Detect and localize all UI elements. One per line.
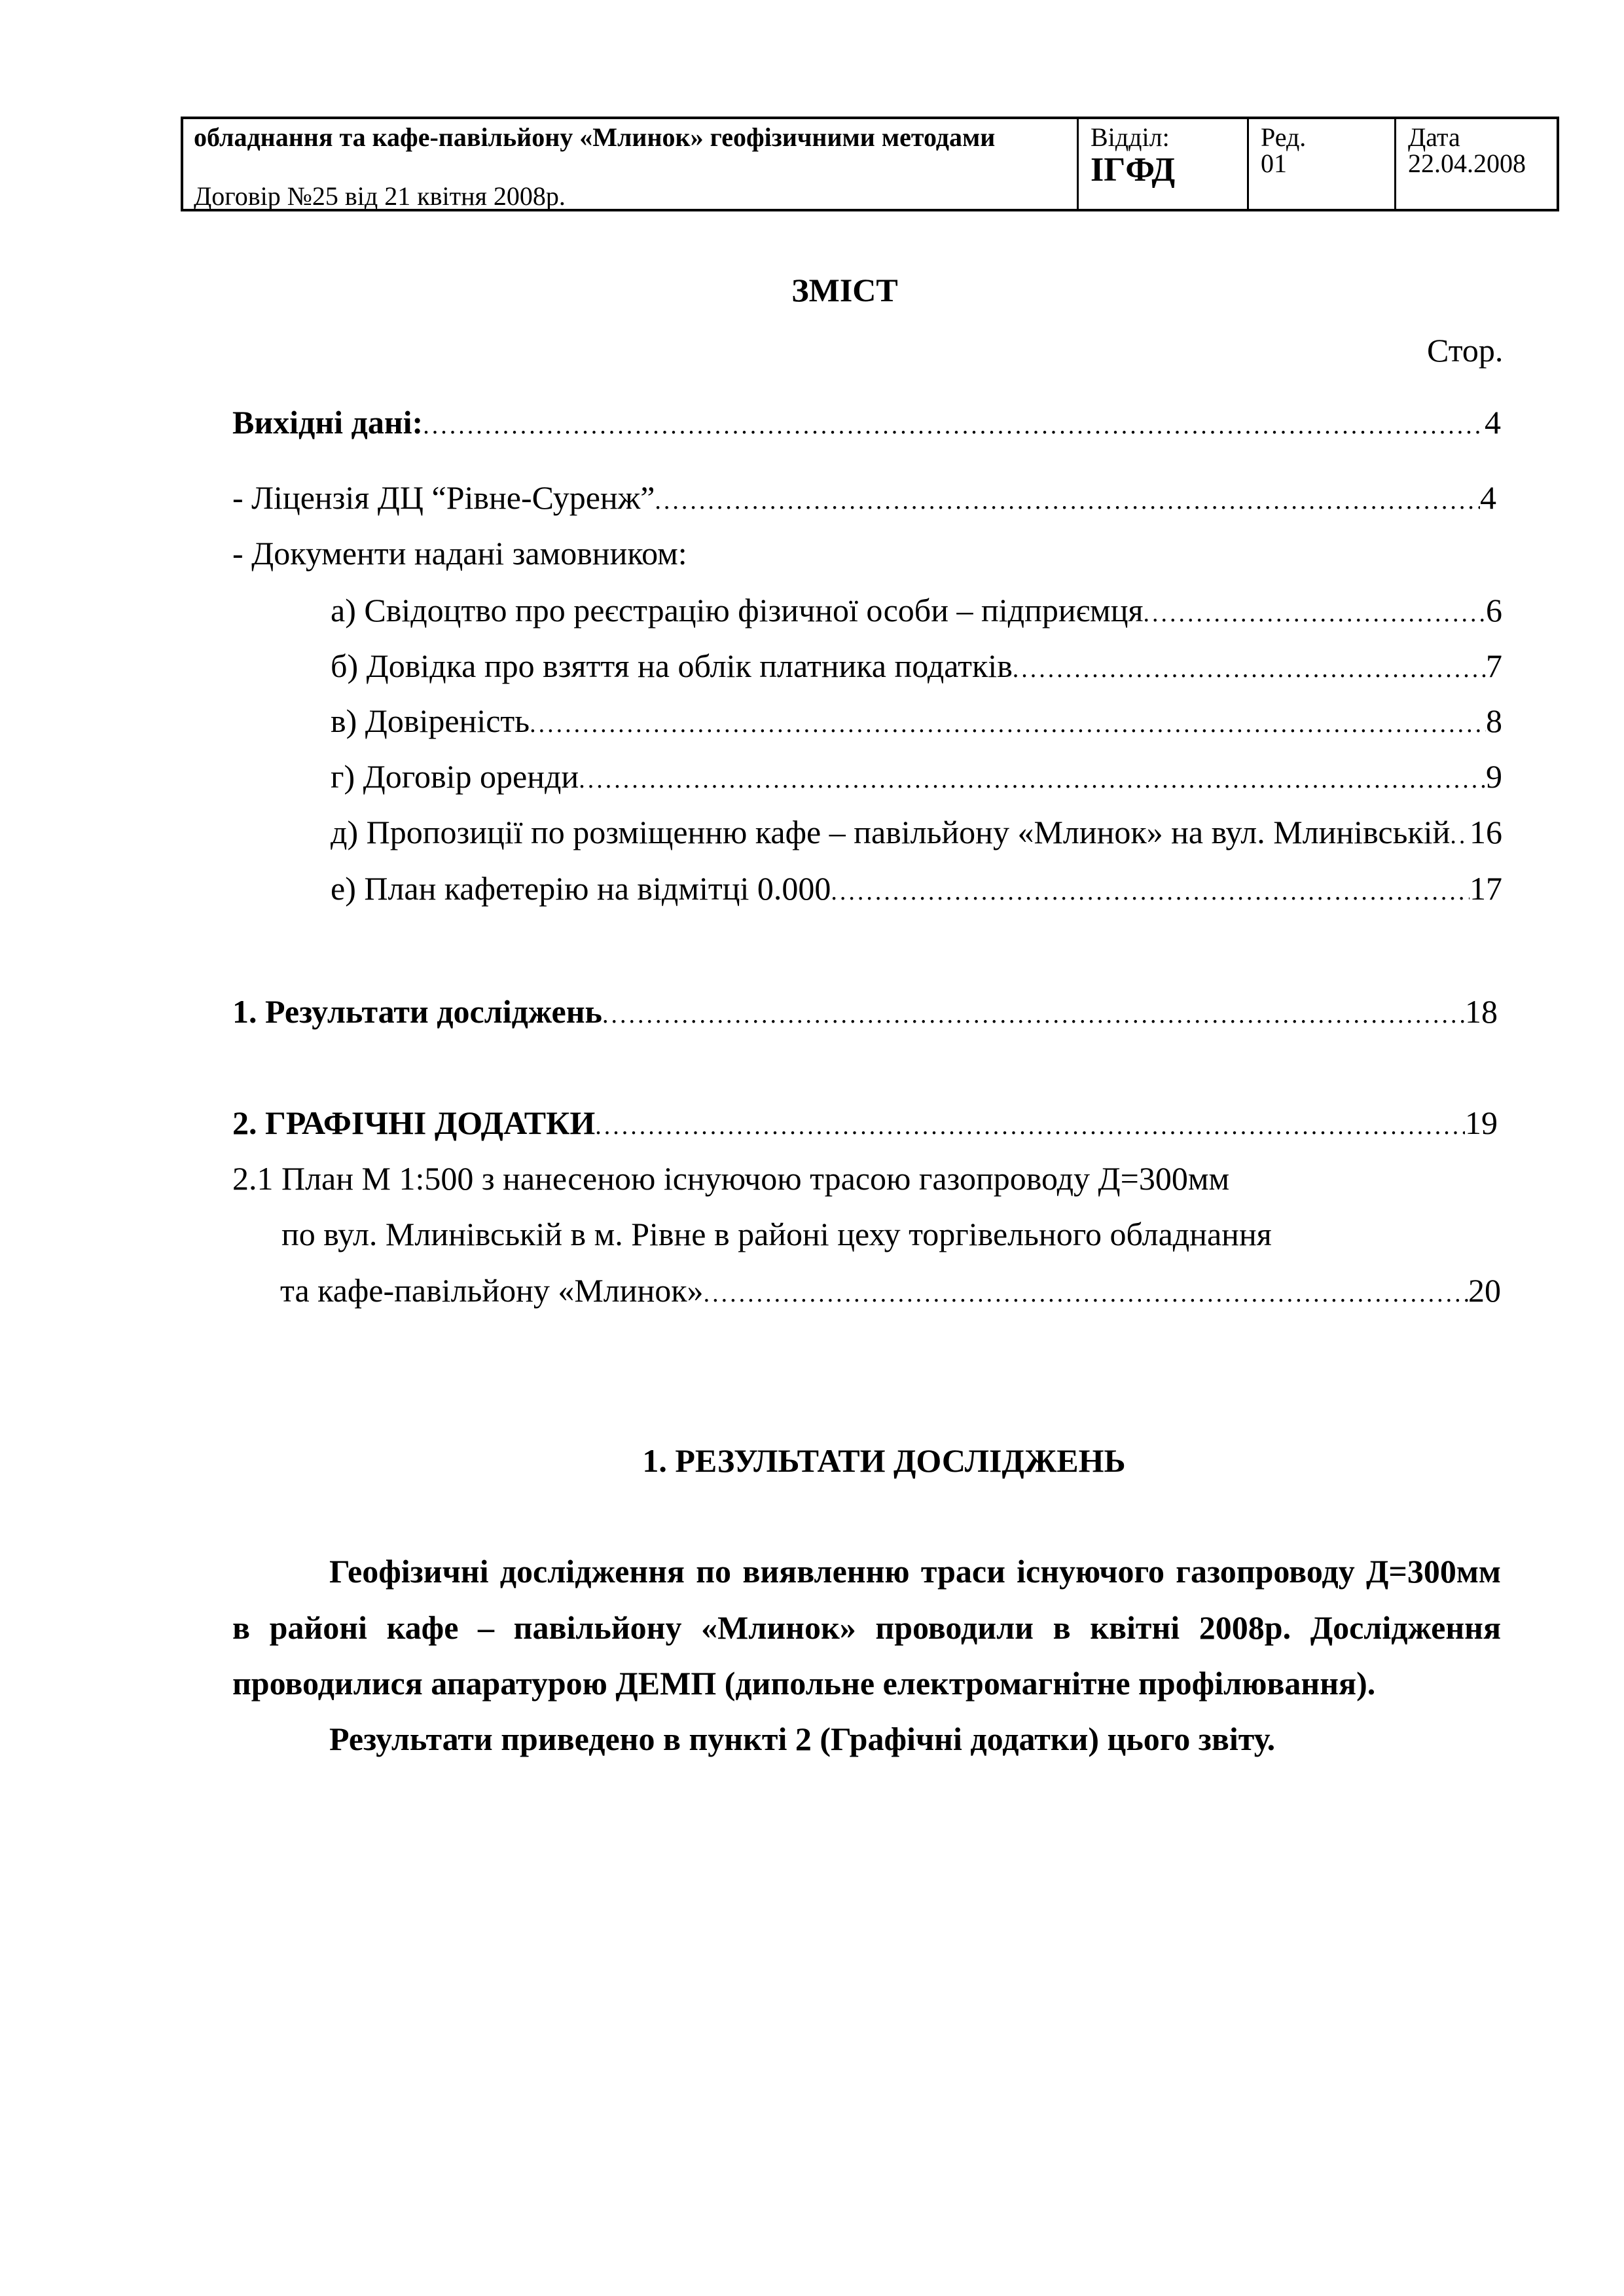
toc-entry: - Документи надані замовником: bbox=[232, 537, 687, 570]
edition-value: 01 bbox=[1261, 151, 1287, 177]
toc-leader-dots bbox=[530, 712, 1486, 737]
date-value: 22.04.2008 bbox=[1408, 151, 1526, 177]
department-label: Відділ: bbox=[1091, 124, 1170, 151]
toc-entry-label: 1. Результати досліджень bbox=[232, 995, 602, 1028]
paragraph-line: Результати приведено в пункті 2 (Графічн… bbox=[329, 1722, 1275, 1755]
edition-label: Ред. bbox=[1261, 124, 1306, 151]
toc-entry-label: б) Довідка про взяття на облік платника … bbox=[331, 649, 1013, 682]
paragraph-line-text: Геофізичні дослідження по виявленню трас… bbox=[329, 1555, 1501, 1588]
header-edition-cell: Ред. 01 bbox=[1247, 119, 1396, 209]
paragraph-line-text: в районі кафе – павільйону «Млинок» пров… bbox=[232, 1611, 1501, 1644]
toc-leader-dots bbox=[704, 1281, 1468, 1306]
department-value: ІГФД bbox=[1091, 153, 1175, 187]
toc-entry-label: е) План кафетерію на відмітці 0.000 bbox=[331, 872, 831, 905]
toc-leader-dots bbox=[602, 1002, 1465, 1027]
toc-leader-dots bbox=[831, 879, 1470, 904]
paragraph-line: проводилися апаратурою ДЕМП (дипольне ел… bbox=[232, 1667, 1375, 1700]
toc-leader-dots bbox=[655, 488, 1480, 513]
toc-leader-dots bbox=[579, 767, 1486, 792]
toc-entry-page: 18 bbox=[1465, 995, 1498, 1028]
toc-leader-dots bbox=[595, 1114, 1465, 1139]
toc-entry-label: 2. ГРАФІЧНІ ДОДАТКИ bbox=[232, 1106, 595, 1139]
paragraph-line-text: проводилися апаратурою ДЕМП (дипольне ел… bbox=[232, 1665, 1375, 1702]
toc-entry-page: 19 bbox=[1465, 1106, 1498, 1139]
toc-leader-dots bbox=[423, 413, 1485, 438]
toc-entry[interactable]: б) Довідка про взяття на облік платника … bbox=[331, 649, 1502, 682]
toc-entry[interactable]: в) Довіреність 8 bbox=[331, 704, 1502, 737]
header-department-cell: Відділ: ІГФД bbox=[1077, 119, 1249, 209]
header-contract: Договір №25 від 21 квітня 2008р. bbox=[194, 183, 566, 210]
toc-entry[interactable]: 1. Результати досліджень 18 bbox=[232, 995, 1498, 1028]
toc-entry-label: - Документи надані замовником: bbox=[232, 537, 687, 570]
toc-page-column-label: Стор. bbox=[1427, 334, 1503, 367]
date-label: Дата bbox=[1408, 124, 1460, 151]
toc-title: ЗМІСТ bbox=[0, 274, 1624, 306]
toc-entry[interactable]: 2. ГРАФІЧНІ ДОДАТКИ 19 bbox=[232, 1106, 1498, 1139]
toc-entry-label: а) Свідоцтво про реєстрацію фізичної осо… bbox=[331, 594, 1143, 627]
toc-entry-page: 6 bbox=[1486, 594, 1502, 627]
toc-entry-label: г) Договір оренди bbox=[331, 760, 579, 793]
toc-entry-label: та кафе-павільйону «Млинок» bbox=[280, 1274, 704, 1307]
toc-entry[interactable]: та кафе-павільйону «Млинок» 20 bbox=[280, 1274, 1501, 1307]
section-heading: 1. РЕЗУЛЬТАТИ ДОСЛІДЖЕНЬ bbox=[0, 1444, 1624, 1477]
toc-entry[interactable]: д) Пропозиції по розміщенню кафе – павіл… bbox=[331, 816, 1502, 848]
toc-entry-page: 20 bbox=[1468, 1274, 1501, 1307]
paragraph-line: Геофізичні дослідження по виявленню трас… bbox=[329, 1555, 1501, 1588]
toc-entry-page: 4 bbox=[1480, 481, 1496, 514]
toc-entry-page: 17 bbox=[1470, 872, 1502, 905]
toc-entry-label: д) Пропозиції по розміщенню кафе – павіл… bbox=[331, 816, 1450, 848]
header-subject: обладнання та кафе-павільйону «Млинок» г… bbox=[194, 124, 995, 151]
document-header-table: обладнання та кафе-павільйону «Млинок» г… bbox=[181, 117, 1559, 211]
toc-entry-page: 4 bbox=[1485, 406, 1501, 439]
toc-entry: по вул. Млинівській в м. Рівне в районі … bbox=[281, 1218, 1272, 1250]
toc-entry[interactable]: а) Свідоцтво про реєстрацію фізичної осо… bbox=[331, 594, 1502, 627]
toc-entry-page: 16 bbox=[1470, 816, 1502, 848]
toc-entry-page: 8 bbox=[1486, 704, 1502, 737]
toc-entry-label: в) Довіреність bbox=[331, 704, 530, 737]
toc-entry-label: Вихідні дані: bbox=[232, 406, 423, 439]
toc-entry[interactable]: Вихідні дані: 4 bbox=[232, 406, 1501, 439]
paragraph-line-text: Результати приведено в пункті 2 (Графічн… bbox=[329, 1721, 1275, 1757]
toc-entry[interactable]: г) Договір оренди 9 bbox=[331, 760, 1502, 793]
toc-entry[interactable]: е) План кафетерію на відмітці 0.000 17 bbox=[331, 872, 1502, 905]
toc-entry-label: - Ліцензія ДЦ “Рівне-Суренж” bbox=[232, 481, 655, 514]
toc-leader-dots bbox=[1143, 601, 1486, 626]
toc-entry: 2.1 План М 1:500 з нанесеною існуючою тр… bbox=[232, 1162, 1229, 1195]
toc-entry-label: по вул. Млинівській в м. Рівне в районі … bbox=[281, 1218, 1272, 1250]
toc-entry-page: 7 bbox=[1486, 649, 1502, 682]
toc-entry-page: 9 bbox=[1486, 760, 1502, 793]
toc-leader-dots bbox=[1450, 823, 1470, 848]
paragraph-line: в районі кафе – павільйону «Млинок» пров… bbox=[232, 1611, 1501, 1644]
header-date-cell: Дата 22.04.2008 bbox=[1394, 119, 1557, 209]
toc-entry-label: 2.1 План М 1:500 з нанесеною існуючою тр… bbox=[232, 1162, 1229, 1195]
toc-leader-dots bbox=[1013, 657, 1486, 682]
toc-entry[interactable]: - Ліцензія ДЦ “Рівне-Суренж” 4 bbox=[232, 481, 1496, 514]
